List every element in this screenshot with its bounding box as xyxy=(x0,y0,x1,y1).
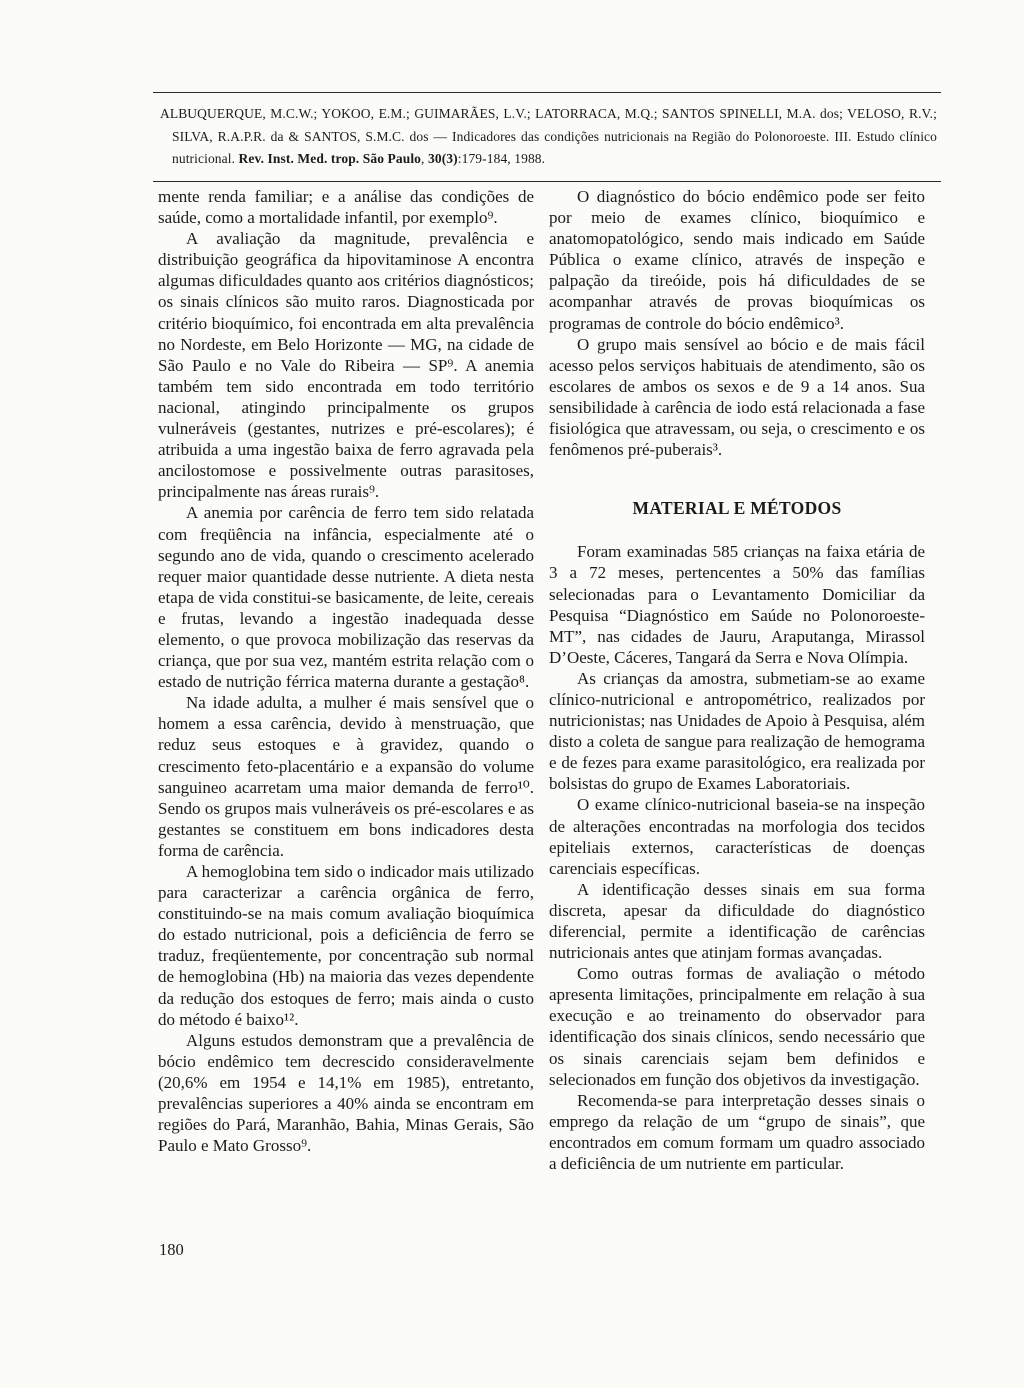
paragraph: As crianças da amostra, submetiam-se ao … xyxy=(549,668,925,795)
paragraph: A hemoglobina tem sido o indicador mais … xyxy=(158,861,534,1030)
paragraph: mente renda familiar; e a análise das co… xyxy=(158,186,534,228)
left-column: mente renda familiar; e a análise das co… xyxy=(158,186,534,1174)
paragraph: Alguns estudos demonstram que a prevalên… xyxy=(158,1030,534,1157)
section-heading-material-e-metodos: MATERIAL E MÉTODOS xyxy=(549,498,925,519)
citation-volume: 30(3) xyxy=(428,151,458,166)
paragraph: Foram examinadas 585 crianças na faixa e… xyxy=(549,541,925,668)
citation-pages-year: :179-184, 1988. xyxy=(458,151,545,166)
paragraph: A identificação desses sinais em sua for… xyxy=(549,879,925,963)
header-citation-block: ALBUQUERQUE, M.C.W.; YOKOO, E.M.; GUIMAR… xyxy=(153,92,941,182)
paragraph: A anemia por carência de ferro tem sido … xyxy=(158,502,534,692)
header-bottom-rule xyxy=(153,181,941,182)
journal-page: ALBUQUERQUE, M.C.W.; YOKOO, E.M.; GUIMAR… xyxy=(0,0,1024,1388)
header-top-rule xyxy=(153,92,941,93)
citation-journal: Rev. Inst. Med. trop. São Paulo xyxy=(239,151,422,166)
paragraph: O grupo mais sensível ao bócio e de mais… xyxy=(549,334,925,461)
paragraph: Na idade adulta, a mulher é mais sensíve… xyxy=(158,692,534,861)
paragraph: O diagnóstico do bócio endêmico pode ser… xyxy=(549,186,925,334)
paragraph: Como outras formas de avaliação o método… xyxy=(549,963,925,1090)
article-body: mente renda familiar; e a análise das co… xyxy=(158,186,925,1174)
paragraph: A avaliação da magnitude, prevalência e … xyxy=(158,228,534,502)
citation: ALBUQUERQUE, M.C.W.; YOKOO, E.M.; GUIMAR… xyxy=(153,103,941,171)
right-column: O diagnóstico do bócio endêmico pode ser… xyxy=(549,186,925,1174)
paragraph: Recomenda-se para interpretação desses s… xyxy=(549,1090,925,1174)
page-number: 180 xyxy=(159,1240,184,1260)
citation-separator: , xyxy=(421,151,428,166)
paragraph: O exame clínico-nutricional baseia-se na… xyxy=(549,794,925,878)
